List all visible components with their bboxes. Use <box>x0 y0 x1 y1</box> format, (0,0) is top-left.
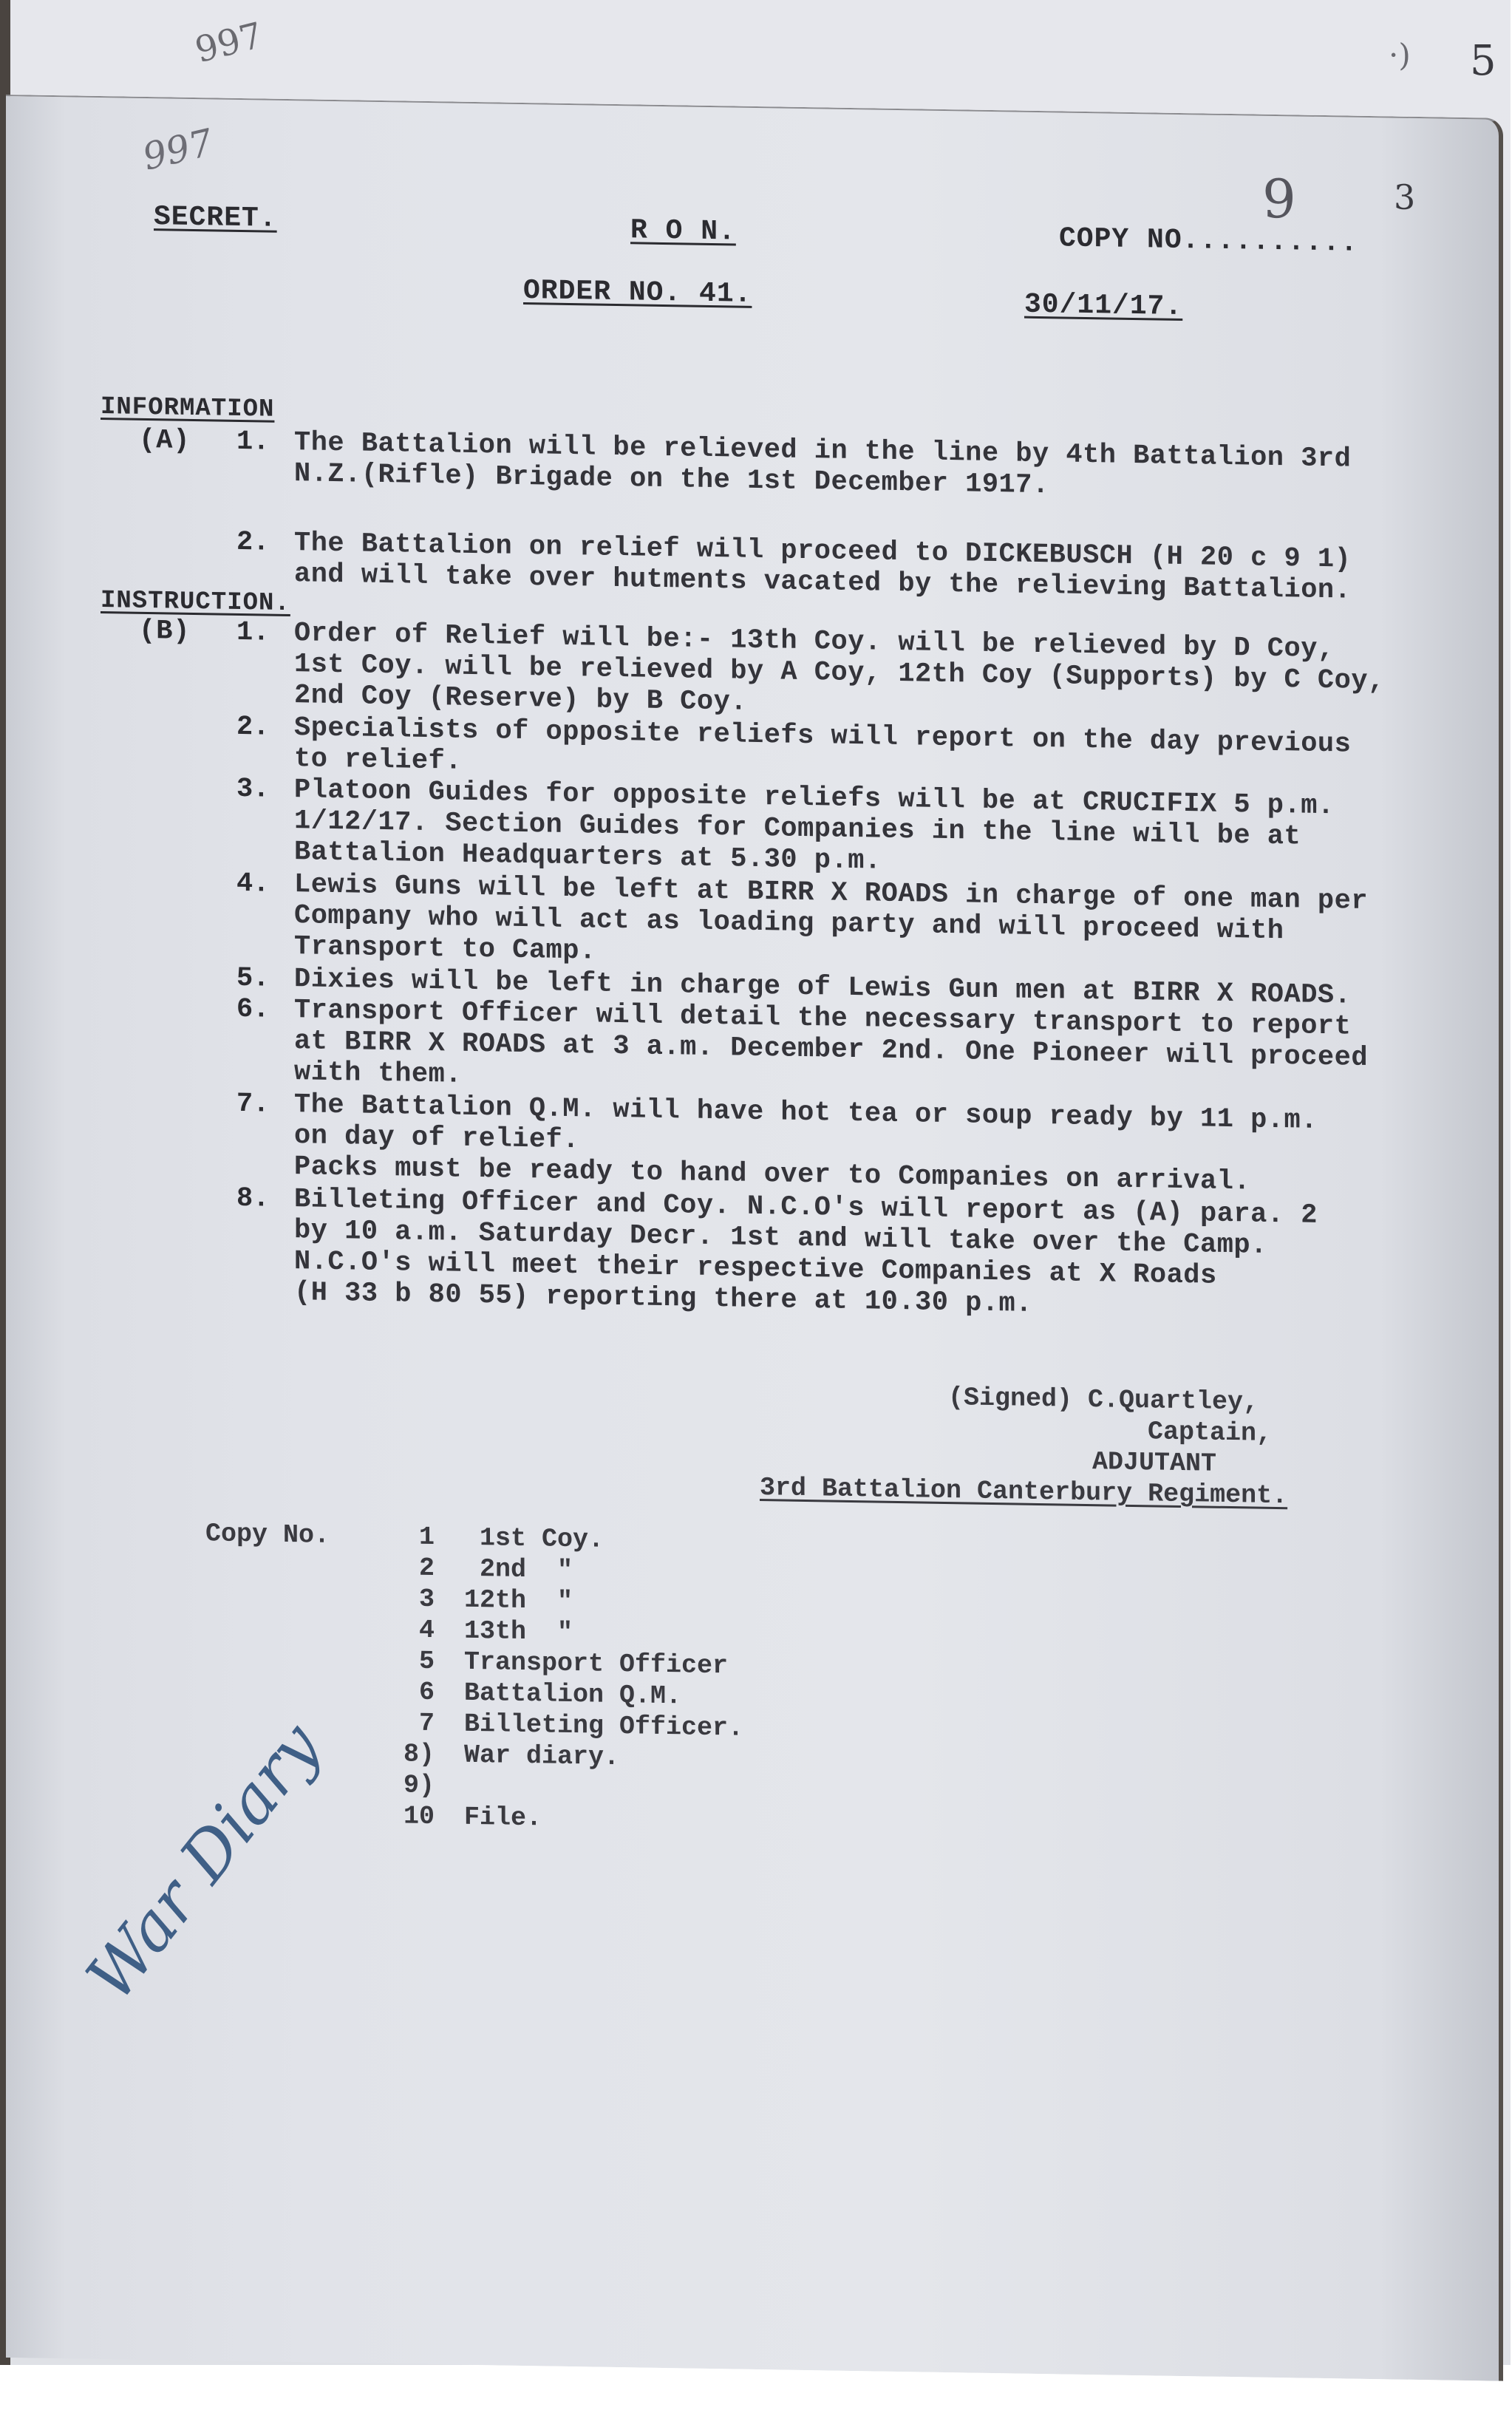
copy-no-label: Copy No. <box>205 1518 353 1551</box>
instruction-item-8: Billeting Officer and Coy. N.C.O's will … <box>294 1184 1491 1327</box>
section-heading-information: INFORMATION <box>101 392 274 426</box>
item-number: 1. <box>236 426 269 458</box>
item-number: 2. <box>236 527 269 559</box>
handwritten-war-diary-note: War Diary <box>72 1709 336 2015</box>
item-number: 1. <box>236 617 269 649</box>
copy-number-label: COPY NO.......... <box>1059 223 1358 259</box>
instruction-item-4: Lewis Guns will be left at BIRR X ROADS … <box>294 869 1491 981</box>
order-number: ORDER NO. 41. <box>523 276 752 310</box>
instruction-item-3: Platoon Guides for opposite reliefs will… <box>294 775 1491 886</box>
handwritten-copy-number: 9 <box>1262 168 1296 231</box>
unit-abbreviation: R O N. <box>630 215 736 248</box>
info-item-2: The Battalion on relief will proceed to … <box>294 528 1491 608</box>
back-mark: ·) <box>1389 37 1411 73</box>
item-number: 3. <box>236 774 269 806</box>
section-letter-a: (A) <box>139 425 191 457</box>
back-page-number: 5 <box>1470 37 1496 85</box>
info-item-1: The Battalion will be relieved in the li… <box>294 427 1491 508</box>
signature-block: (Signed) C.Quartley, Captain, ADJUTANT 3… <box>745 1379 1287 1512</box>
instruction-item-6: Transport Officer will detail the necess… <box>294 995 1491 1106</box>
item-number: 5. <box>236 963 269 995</box>
order-page: 997 9 3 SECRET. R O N. COPY NO..........… <box>6 95 1503 2381</box>
item-number: 8. <box>236 1183 269 1215</box>
item-number: 7. <box>236 1089 269 1120</box>
instruction-item-7: The Battalion Q.M. will have hot tea or … <box>294 1089 1491 1201</box>
section-letter-b: (B) <box>139 616 191 647</box>
item-number: 2. <box>236 712 269 743</box>
instruction-item-1: Order of Relief will be:- 13th Coy. will… <box>294 618 1491 729</box>
section-heading-instruction: INSTRUCTION. <box>101 585 290 619</box>
back-pencil-reference: 997 <box>191 15 267 72</box>
order-date: 30/11/17. <box>1024 290 1182 323</box>
page-number: 3 <box>1394 177 1415 217</box>
front-pencil-reference: 997 <box>138 121 217 179</box>
item-number: 6. <box>236 994 269 1026</box>
item-number: 4. <box>236 868 269 900</box>
classification: SECRET. <box>154 202 277 235</box>
